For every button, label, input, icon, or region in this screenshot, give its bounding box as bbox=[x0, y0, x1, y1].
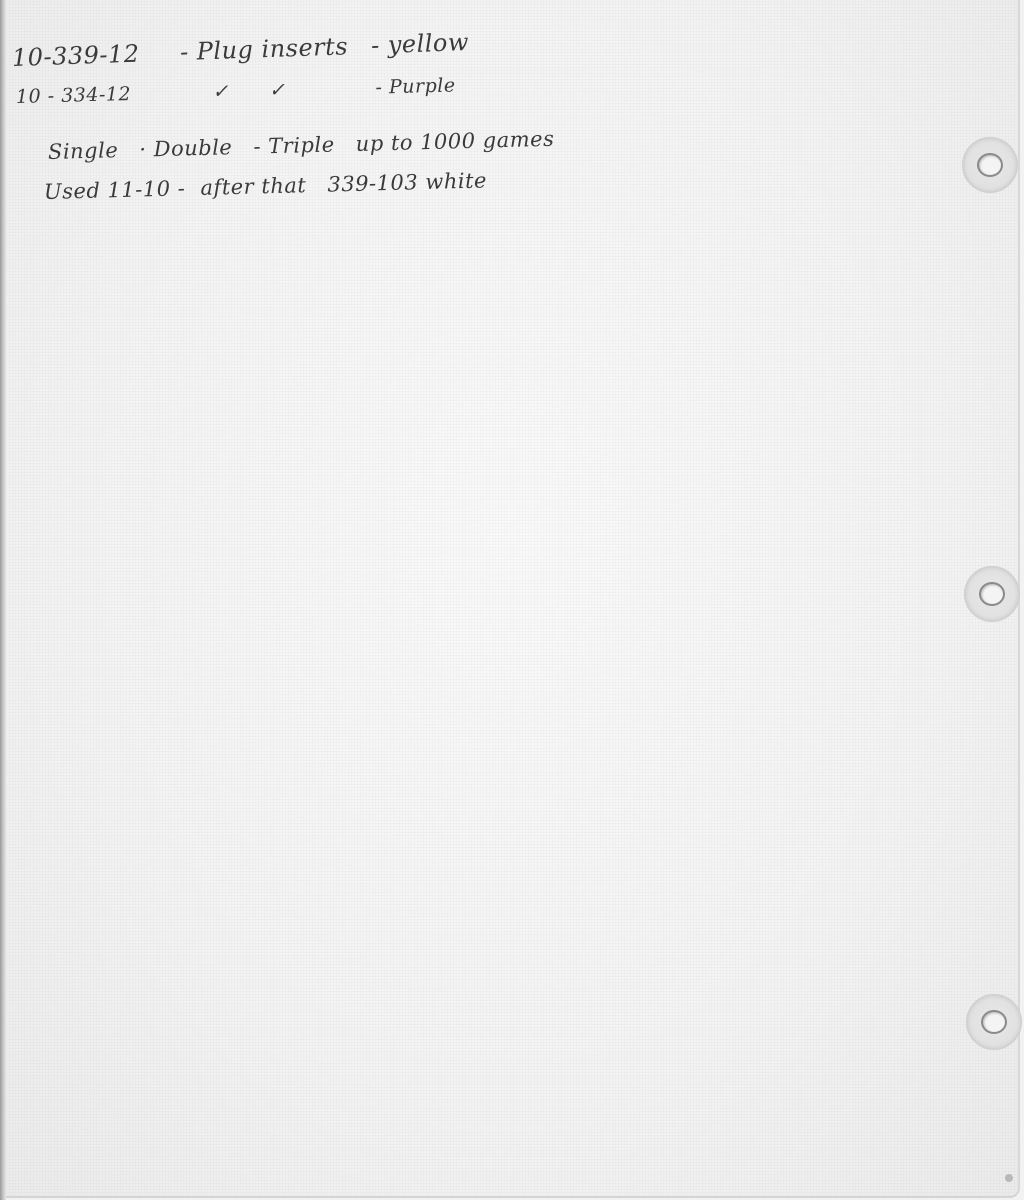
corner-mark bbox=[1005, 1174, 1013, 1182]
ditto-mark: ✓ bbox=[269, 77, 370, 102]
note-line-game-types: Single · Double - Triple up to 1000 game… bbox=[48, 127, 555, 164]
part-description: - Plug inserts bbox=[180, 32, 356, 66]
part-code: 10-339-12 bbox=[12, 39, 163, 72]
binder-hole-middle bbox=[964, 566, 1020, 622]
ditto-mark: ✓ bbox=[212, 80, 263, 103]
game-type-single: Single bbox=[48, 138, 119, 164]
part-code: 10 - 334-12 bbox=[16, 81, 207, 108]
replacement-part: 339-103 white bbox=[327, 168, 487, 196]
note-line-usage: Used 11-10 - after that 339-103 white bbox=[44, 168, 488, 204]
game-count-note: up to 1000 games bbox=[355, 127, 554, 156]
binder-hole-bottom bbox=[966, 994, 1022, 1050]
handwritten-notes: 10-339-12 - Plug inserts - yellow 10 - 3… bbox=[0, 0, 700, 260]
game-type-double: · Double bbox=[139, 135, 233, 161]
note-line-yellow-plug-inserts: 10-339-12 - Plug inserts - yellow bbox=[12, 28, 470, 72]
usage-date: Used 11-10 - bbox=[44, 176, 186, 204]
game-type-triple: - Triple bbox=[253, 132, 335, 158]
grommet-icon bbox=[979, 582, 1005, 606]
binder-hole-top bbox=[962, 137, 1018, 193]
grommet-icon bbox=[981, 1010, 1007, 1034]
part-color: - Purple bbox=[375, 74, 456, 98]
note-line-purple-plug-inserts: 10 - 334-12 ✓ ✓ - Purple bbox=[16, 74, 456, 108]
usage-after: after that bbox=[200, 173, 306, 200]
grommet-icon bbox=[977, 153, 1003, 177]
binder-cover: 10-339-12 - Plug inserts - yellow 10 - 3… bbox=[0, 0, 1020, 1198]
part-color: - yellow bbox=[371, 28, 470, 59]
